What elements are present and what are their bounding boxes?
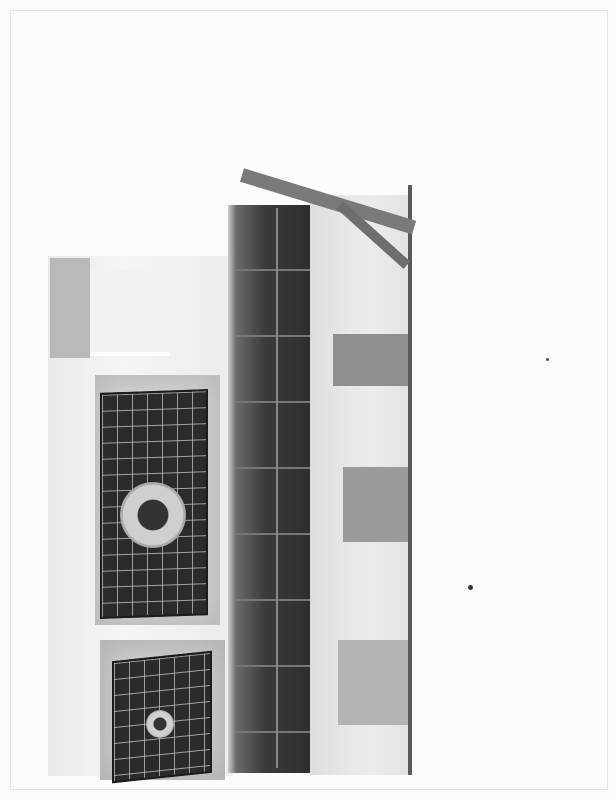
dust-speck — [468, 585, 473, 590]
shadow-panel-left — [50, 258, 90, 358]
pilaster-joint — [276, 208, 278, 768]
negative-photo — [0, 0, 616, 800]
shadow-block-3 — [338, 640, 408, 725]
dust-speck — [546, 358, 549, 361]
medallion-lower — [146, 710, 174, 738]
shadow-block-2 — [343, 467, 410, 542]
shadow-block-1 — [333, 334, 411, 386]
masonry-pilaster — [228, 205, 310, 773]
medallion-upper — [120, 482, 186, 548]
ledge — [90, 270, 170, 356]
facade-edge — [408, 185, 412, 775]
